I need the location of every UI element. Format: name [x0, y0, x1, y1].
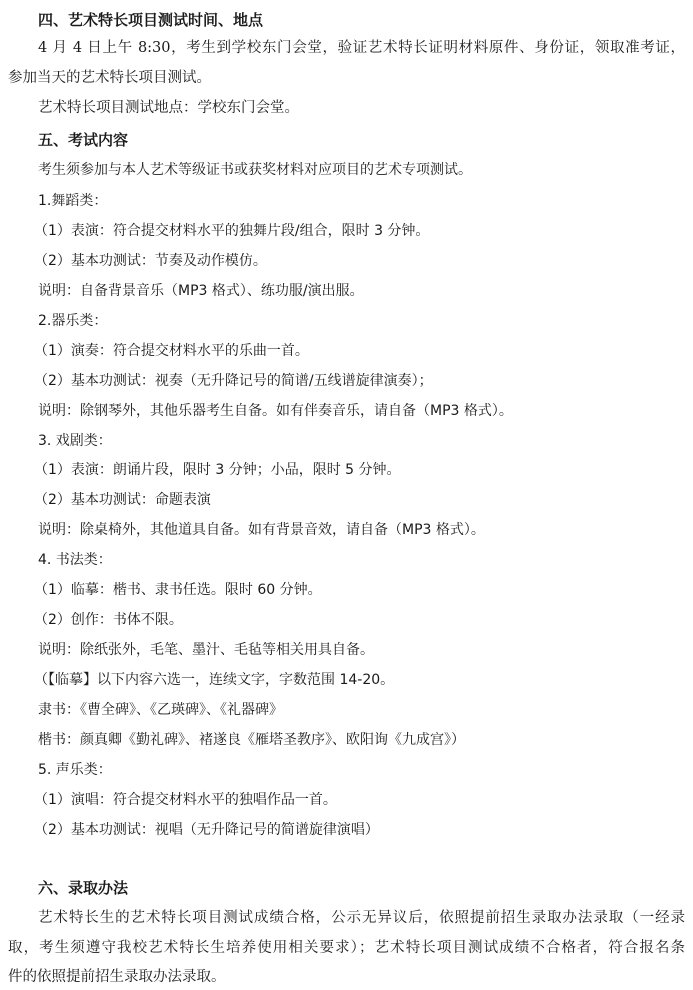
category-calligraphy-title: 4. 书法类：: [38, 550, 112, 570]
section5-heading: 五、考试内容: [38, 130, 128, 150]
category-dance-title: 1.舞蹈类：: [38, 191, 107, 211]
category-drama-note: 说明：除桌椅外，其他道具自备。如有背景音效，请自备（MP3 格式）。: [38, 520, 485, 540]
category-vocal-title: 5. 声乐类：: [38, 760, 112, 780]
category-vocal-item-2: （2）基本功测试：视唱（无升降记号的简谱旋律演唱）: [34, 820, 379, 840]
section5-intro: 考生须参加与本人艺术等级证书或获奖材料对应项目的艺术专项测试。: [38, 160, 472, 180]
section6-para-line1: 艺术特长生的艺术特长项目测试成绩合格，公示无异议后，依照提前招生录取办法录取（一…: [38, 908, 685, 928]
calligraphy-copy-instructions: （【临摹】以下内容六选一，连续文字，字数范围 14-20。: [34, 670, 394, 690]
section4-heading: 四、艺术特长项目测试时间、地点: [38, 10, 263, 30]
category-drama-title: 3. 戏剧类：: [38, 431, 112, 451]
category-instrument-item-2: （2）基本功测试：视奏（无升降记号的简谱/五线谱旋律演奏）；: [34, 371, 433, 391]
category-dance-item-2: （2）基本功测试：节奏及动作模仿。: [34, 251, 267, 271]
category-drama-item-1: （1）表演：朗诵片段，限时 3 分钟；小品，限时 5 分钟。: [34, 460, 401, 480]
calligraphy-clerical-script-list: 隶书：《曹全碑》、《乙瑛碑》、《礼器碑》: [38, 700, 283, 720]
section4-location: 艺术特长项目测试地点：学校东门会堂。: [38, 98, 299, 118]
category-instrument-note: 说明：除钢琴外，其他乐器考生自备。如有伴奏音乐，请自备（MP3 格式）。: [38, 401, 513, 421]
category-calligraphy-item-1: （1）临摹：楷书、隶书任选。限时 60 分钟。: [34, 580, 322, 600]
section6-para-line3: 件的依照提前招生录取办法录取。: [8, 967, 226, 987]
category-instrument-title: 2.器乐类：: [38, 311, 107, 331]
category-dance-item-1: （1）表演：符合提交材料水平的独舞片段/组合，限时 3 分钟。: [34, 221, 429, 241]
section4-para1-line1: 4 月 4 日上午 8:30，考生到学校东门会堂，验证艺术特长证明材料原件、身份…: [38, 38, 685, 58]
category-drama-item-2: （2）基本功测试：命题表演: [34, 490, 211, 510]
section6-heading: 六、录取办法: [38, 878, 128, 898]
category-calligraphy-item-2: （2）创作：书体不限。: [34, 610, 183, 630]
category-instrument-item-1: （1）演奏：符合提交材料水平的乐曲一首。: [34, 341, 309, 361]
category-dance-note: 说明：自备背景音乐（MP3 格式）、练功服/演出服。: [38, 281, 364, 301]
calligraphy-regular-script-list: 楷书：颜真卿《勤礼碑》、褚遂良《雁塔圣教序》、欧阳询《九成宫》）: [38, 730, 465, 750]
section4-para1-line2: 参加当天的艺术特长项目测试。: [8, 68, 211, 88]
category-vocal-item-1: （1）演唱：符合提交材料水平的独唱作品一首。: [34, 790, 337, 810]
category-calligraphy-note: 说明：除纸张外，毛笔、墨汁、毛毡等相关用具自备。: [38, 640, 374, 660]
section6-para-line2: 取，考生须遵守我校艺术特长生培养使用相关要求）；艺术特长项目测试成绩不合格者，符…: [8, 938, 685, 958]
